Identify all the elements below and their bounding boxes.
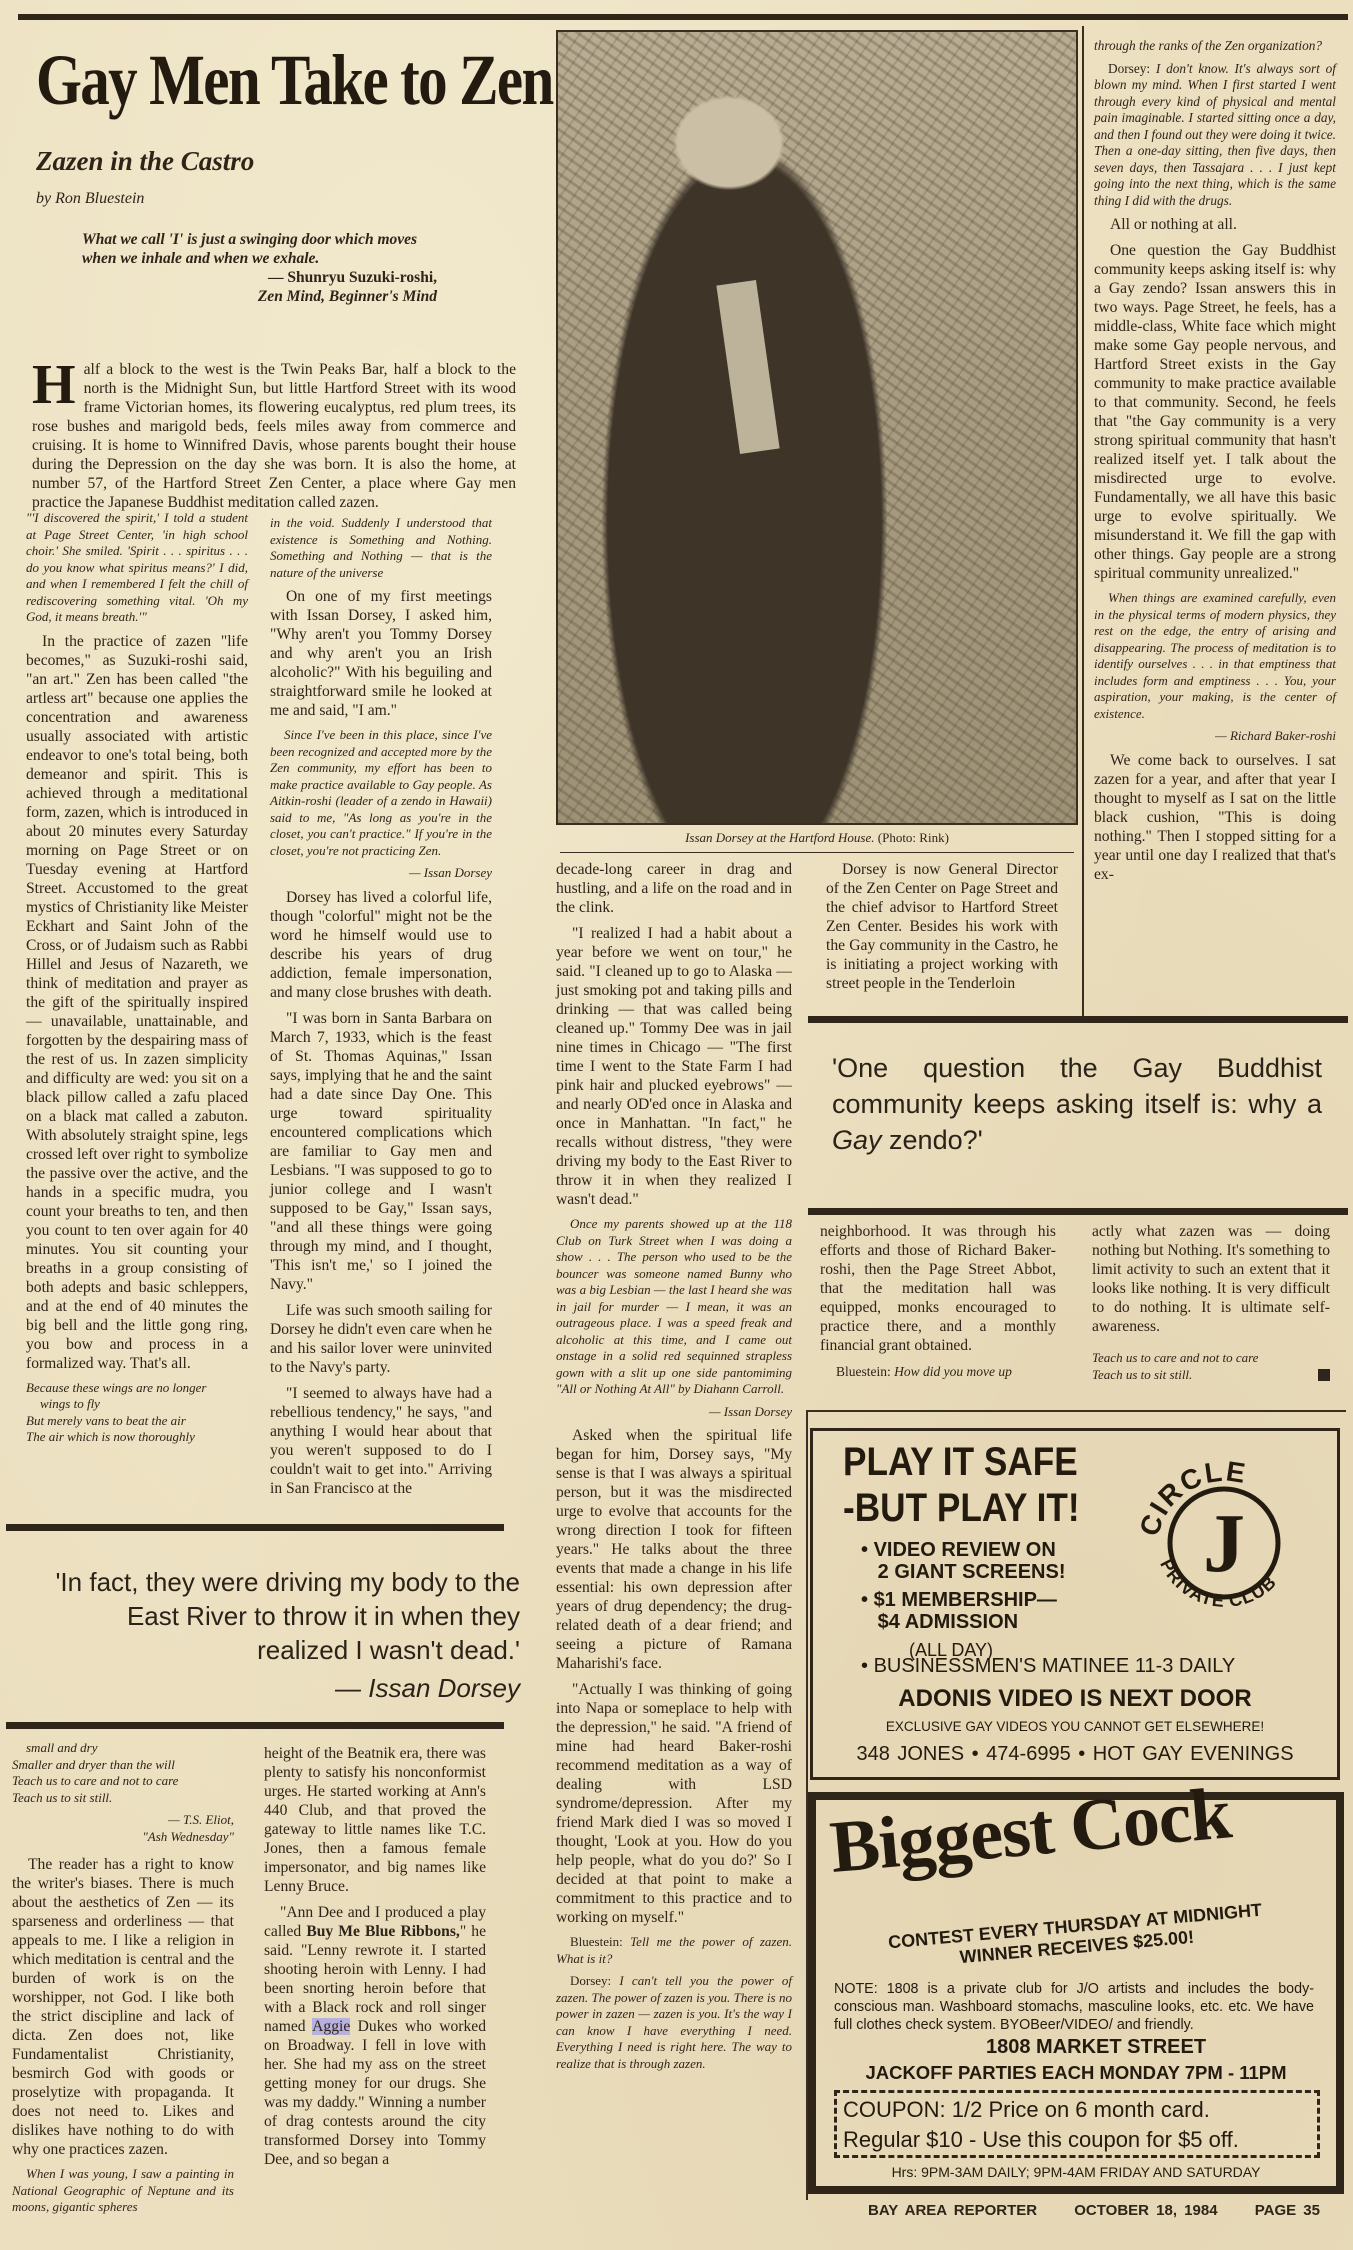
lower-column-5: actly what zazen was — doing nothing but… <box>1092 1222 1330 1383</box>
bullet-text: 2 GIANT SCREENS! <box>878 1561 1066 1583</box>
pull-quote-text: 'In fact, they were driving my body to t… <box>32 1565 520 1667</box>
column-1-body: In the practice of zazen "life becomes,"… <box>26 632 248 1373</box>
qa-question-cont: through the ranks of the Zen organizatio… <box>1094 38 1336 55</box>
poem-excerpt: Because these wings are no longer wings … <box>26 1380 248 1446</box>
byline: by Ron Bluestein <box>36 190 144 208</box>
column-2-body-b: Dorsey has lived a colorful life, though… <box>270 888 492 1498</box>
epigraph-source: Zen Mind, Beginner's Mind <box>82 287 437 306</box>
photo-caption: Issan Dorsey at the Hartford House. (Pho… <box>556 830 1078 846</box>
bullet-text: $4 ADMISSION <box>878 1611 1018 1633</box>
void-quote: in the void. Suddenly I understood that … <box>270 515 492 581</box>
column-4: Dorsey is now General Director of the Ze… <box>826 860 1058 1000</box>
bullet-item: • VIDEO REVIEW ON 2 GIANT SCREENS! <box>861 1539 1065 1583</box>
epigraph: What we call 'I' is just a swinging door… <box>82 230 437 306</box>
issue-date: OCTOBER 18, 1984 <box>1074 2202 1217 2219</box>
spiritual-life-paragraph: Asked when the spiritual life began for … <box>556 1426 792 1673</box>
top-rule <box>18 14 1348 20</box>
ad-circle-j-headline: PLAY IT SAFE -BUT PLAY IT! <box>843 1439 1080 1531</box>
photo-issan-dorsey <box>556 30 1078 825</box>
poem-line: small and dry <box>12 1740 234 1757</box>
matinee-line: • BUSINESSMEN'S MATINEE 11-3 DAILY <box>861 1655 1235 1678</box>
page-number: PAGE 35 <box>1255 2202 1320 2219</box>
lower-column-1: small and dry Smaller and dryer than the… <box>12 1740 234 2222</box>
gay-zendo-paragraph: One question the Gay Buddhist community … <box>1094 241 1336 583</box>
lower-column-1-body: The reader has a right to know the write… <box>12 1855 234 2159</box>
spirit-quote-text: "'I discovered the spirit,' I told a stu… <box>26 510 248 626</box>
publication-name: BAY AREA REPORTER <box>868 2202 1037 2219</box>
blue-ribbons-paragraph: "Ann Dee and I produced a play called Bu… <box>264 1903 486 2169</box>
closet-quote-signature: — Issan Dorsey <box>270 865 492 882</box>
bullet-text: $1 MEMBERSHIP— <box>874 1589 1057 1611</box>
pull-quote-rule-bottom <box>6 1722 504 1729</box>
poem-line: But merely vans to beat the air <box>26 1413 248 1430</box>
pull-quote-text: zendo?' <box>882 1125 983 1155</box>
lede-paragraph: Half a block to the west is the Twin Pea… <box>32 360 516 512</box>
poem-line: Teach us to sit still. <box>12 1790 234 1807</box>
director-paragraph: Dorsey is now General Director of the Ze… <box>826 860 1058 993</box>
qa-power: Bluestein: Tell me the power of zazen. W… <box>556 1934 792 2072</box>
column-divider <box>1082 26 1084 1016</box>
caption-text: Issan Dorsey at the Hartford House. <box>685 830 874 845</box>
career-paragraph: decade-long career in drag and hustling,… <box>556 860 792 917</box>
poem-author: — T.S. Eliot, <box>12 1812 234 1829</box>
baker-quote: When things are examined carefully, even… <box>1094 590 1336 745</box>
column-5-body-b: We come back to ourselves. I sat zazen f… <box>1094 751 1336 884</box>
svg-text:J: J <box>1203 1497 1245 1590</box>
beatnik-paragraph: height of the Beatnik era, there was ple… <box>264 1744 486 1896</box>
neptune-quote: When I was young, I saw a painting in Na… <box>12 2166 234 2216</box>
subhead: Zazen in the Castro <box>36 146 254 177</box>
column-3: decade-long career in drag and hustling,… <box>556 860 792 2078</box>
closing-poem: Teach us to care and not to care Teach u… <box>1092 1350 1330 1383</box>
epigraph-author: — Shunryu Suzuki-roshi, <box>82 268 437 287</box>
column-1: "'I discovered the spirit,' I told a stu… <box>26 510 248 1446</box>
matinee-text: BUSINESSMEN'S MATINEE 11-3 DAILY <box>874 1655 1236 1677</box>
baker-quote-signature: — Richard Baker-roshi <box>1094 728 1336 745</box>
contest-lines: CONTEST EVERY THURSDAY AT MIDNIGHT WINNE… <box>875 1899 1277 1976</box>
caption-rule <box>560 852 1074 853</box>
qa-speaker: Dorsey: <box>570 1973 611 1988</box>
pull-quote-rule-top <box>6 1524 504 1531</box>
lede-text: alf a block to the west is the Twin Peak… <box>32 361 516 511</box>
qa-speaker: Bluestein: <box>570 1934 623 1949</box>
born-paragraph: "I was born in Santa Barbara on March 7,… <box>270 1009 492 1294</box>
poem-line: wings to fly <box>26 1396 248 1413</box>
rebellious-paragraph: "I seemed to always have had a rebelliou… <box>270 1384 492 1498</box>
ad-circle-j[interactable]: PLAY IT SAFE -BUT PLAY IT! • VIDEO REVIE… <box>810 1428 1340 1780</box>
column-gutter <box>808 840 809 1020</box>
void-quote-text: in the void. Suddenly I understood that … <box>270 515 492 581</box>
poem-line: Because these wings are no longer <box>26 1380 248 1397</box>
parties-line: JACKOFF PARTIES EACH MONDAY 7PM - 11PM <box>816 2062 1336 2084</box>
closet-quote-text: Since I've been in this place, since I'v… <box>270 727 492 859</box>
hours-line: Hrs: 9PM-3AM DAILY; 9PM-4AM FRIDAY AND S… <box>816 2164 1336 2180</box>
club-quote-signature: — Issan Dorsey <box>556 1404 792 1421</box>
column-5-body-a: All or nothing at all. One question the … <box>1094 215 1336 583</box>
poem-line: Teach us to care and not to care <box>12 1773 234 1790</box>
colorful-life-paragraph: Dorsey has lived a colorful life, though… <box>270 888 492 1002</box>
headline-line: -BUT PLAY IT! <box>843 1485 1080 1531</box>
neighborhood-paragraph: neighborhood. It was through his efforts… <box>820 1222 1056 1355</box>
poem-line: Smaller and dryer than the will <box>12 1757 234 1774</box>
coupon-line: Regular $10 - Use this coupon for $5 off… <box>843 2125 1311 2155</box>
text-span: Dukes who worked on Broadway. I fell in … <box>264 2018 486 2168</box>
qa-answer: I don't know. It's always sort of blown … <box>1094 61 1336 208</box>
navy-paragraph: Life was such smooth sailing for Dorsey … <box>270 1301 492 1377</box>
club-address: 1808 MARKET STREET <box>986 2036 1206 2059</box>
poem-line: The air which is now thoroughly <box>26 1429 248 1446</box>
pull-quote-gay-zendo: 'One question the Gay Buddhist community… <box>832 1050 1322 1158</box>
highlighted-word[interactable]: Aggie <box>312 2018 350 2035</box>
epigraph-text: What we call 'I' is just a swinging door… <box>82 230 437 268</box>
exclusive-line: EXCLUSIVE GAY VIDEOS YOU CANNOT GET ELSE… <box>813 1719 1337 1734</box>
column-2: in the void. Suddenly I understood that … <box>270 515 492 1505</box>
poem-source: "Ash Wednesday" <box>12 1829 234 1846</box>
pull-quote-emphasis: Gay <box>832 1125 882 1155</box>
circle-j-logo-icon: J CIRCLE PRIVATE CLUB <box>1138 1443 1308 1633</box>
poem-line: Teach us to care and not to care <box>1092 1350 1330 1367</box>
eliot-poem: small and dry Smaller and dryer than the… <box>12 1740 234 1845</box>
spirit-quote: "'I discovered the spirit,' I told a stu… <box>26 510 248 626</box>
club-118-quote: Once my parents showed up at the 118 Clu… <box>556 1216 792 1420</box>
pull-quote-attribution: — Issan Dorsey <box>32 1671 520 1705</box>
drop-cap: H <box>32 362 76 408</box>
pull-quote-text: 'One question the Gay Buddhist community… <box>832 1053 1322 1119</box>
adonis-line: ADONIS VIDEO IS NEXT DOOR <box>813 1685 1337 1713</box>
napa-paragraph: "Actually I was thinking of going into N… <box>556 1680 792 1927</box>
neptune-quote-text: When I was young, I saw a painting in Na… <box>12 2166 234 2216</box>
qa-speaker: Dorsey: <box>1108 61 1150 76</box>
headline-line: PLAY IT SAFE <box>843 1439 1080 1485</box>
ad-1808-title: Biggest Cock <box>827 1773 1234 1888</box>
column-3-body-b: Asked when the spiritual life began for … <box>556 1426 792 1927</box>
zazen-paragraph: In the practice of zazen "life becomes,"… <box>26 632 248 1373</box>
column-3-body-a: decade-long career in drag and hustling,… <box>556 860 792 1209</box>
pull-quote-east-river: 'In fact, they were driving my body to t… <box>32 1565 520 1705</box>
meeting-paragraph: On one of my first meetings with Issan D… <box>270 587 492 720</box>
qa-ranks: through the ranks of the Zen organizatio… <box>1094 38 1336 209</box>
ad-divider <box>808 1410 1346 1412</box>
poem-line: Teach us to sit still. <box>1092 1367 1192 1382</box>
pull-quote-2-rule-top <box>808 1016 1348 1023</box>
closet-quote: Since I've been in this place, since I'v… <box>270 727 492 882</box>
lower-column-4: neighborhood. It was through his efforts… <box>820 1222 1056 1388</box>
nothing-paragraph: actly what zazen was — doing nothing but… <box>1092 1222 1330 1336</box>
club-quote-text: Once my parents showed up at the 118 Clu… <box>556 1216 792 1398</box>
column-2-body-a: On one of my first meetings with Issan D… <box>270 587 492 720</box>
column-5: through the ranks of the Zen organizatio… <box>1094 38 1336 891</box>
club-note: NOTE: 1808 is a private club for J/O art… <box>834 1980 1314 2034</box>
play-title: Buy Me Blue Ribbons, <box>306 1923 460 1940</box>
address-line: 348 JONES • 474-6995 • HOT GAY EVENINGS <box>813 1743 1337 1766</box>
photo-credit: (Photo: Rink) <box>878 830 949 845</box>
bullet-text: VIDEO REVIEW ON <box>874 1539 1056 1561</box>
photo-robe-sash <box>716 280 779 454</box>
pull-quote-2-rule-bottom <box>808 1208 1348 1215</box>
page-footer: BAY AREA REPORTER OCTOBER 18, 1984 PAGE … <box>868 2202 1320 2219</box>
baker-quote-text: When things are examined carefully, even… <box>1094 590 1336 722</box>
newspaper-page: Gay Men Take to Zen Zazen in the Castro … <box>0 0 1353 2250</box>
qa-question: How did you move up <box>894 1364 1012 1379</box>
headline: Gay Men Take to Zen <box>36 40 430 120</box>
biases-paragraph: The reader has a right to know the write… <box>12 1855 234 2159</box>
end-of-article-mark <box>1318 1369 1330 1381</box>
lower-column-2: height of the Beatnik era, there was ple… <box>264 1744 486 2176</box>
coupon-box[interactable]: COUPON: 1/2 Price on 6 month card. Regul… <box>834 2090 1320 2158</box>
all-or-nothing-line: All or nothing at all. <box>1094 215 1336 234</box>
coupon-line: COUPON: 1/2 Price on 6 month card. <box>843 2095 1311 2125</box>
habit-paragraph: "I realized I had a habit about a year b… <box>556 924 792 1209</box>
qa-speaker: Bluestein: <box>836 1364 891 1379</box>
come-back-paragraph: We come back to ourselves. I sat zazen f… <box>1094 751 1336 884</box>
ad-1808-market[interactable]: Biggest Cock CONTEST EVERY THURSDAY AT M… <box>808 1792 1344 2194</box>
ad-circle-j-bullets: • VIDEO REVIEW ON 2 GIANT SCREENS! • $1 … <box>861 1539 1065 1661</box>
bullet-item: • $1 MEMBERSHIP— $4 ADMISSION <box>861 1589 1065 1633</box>
